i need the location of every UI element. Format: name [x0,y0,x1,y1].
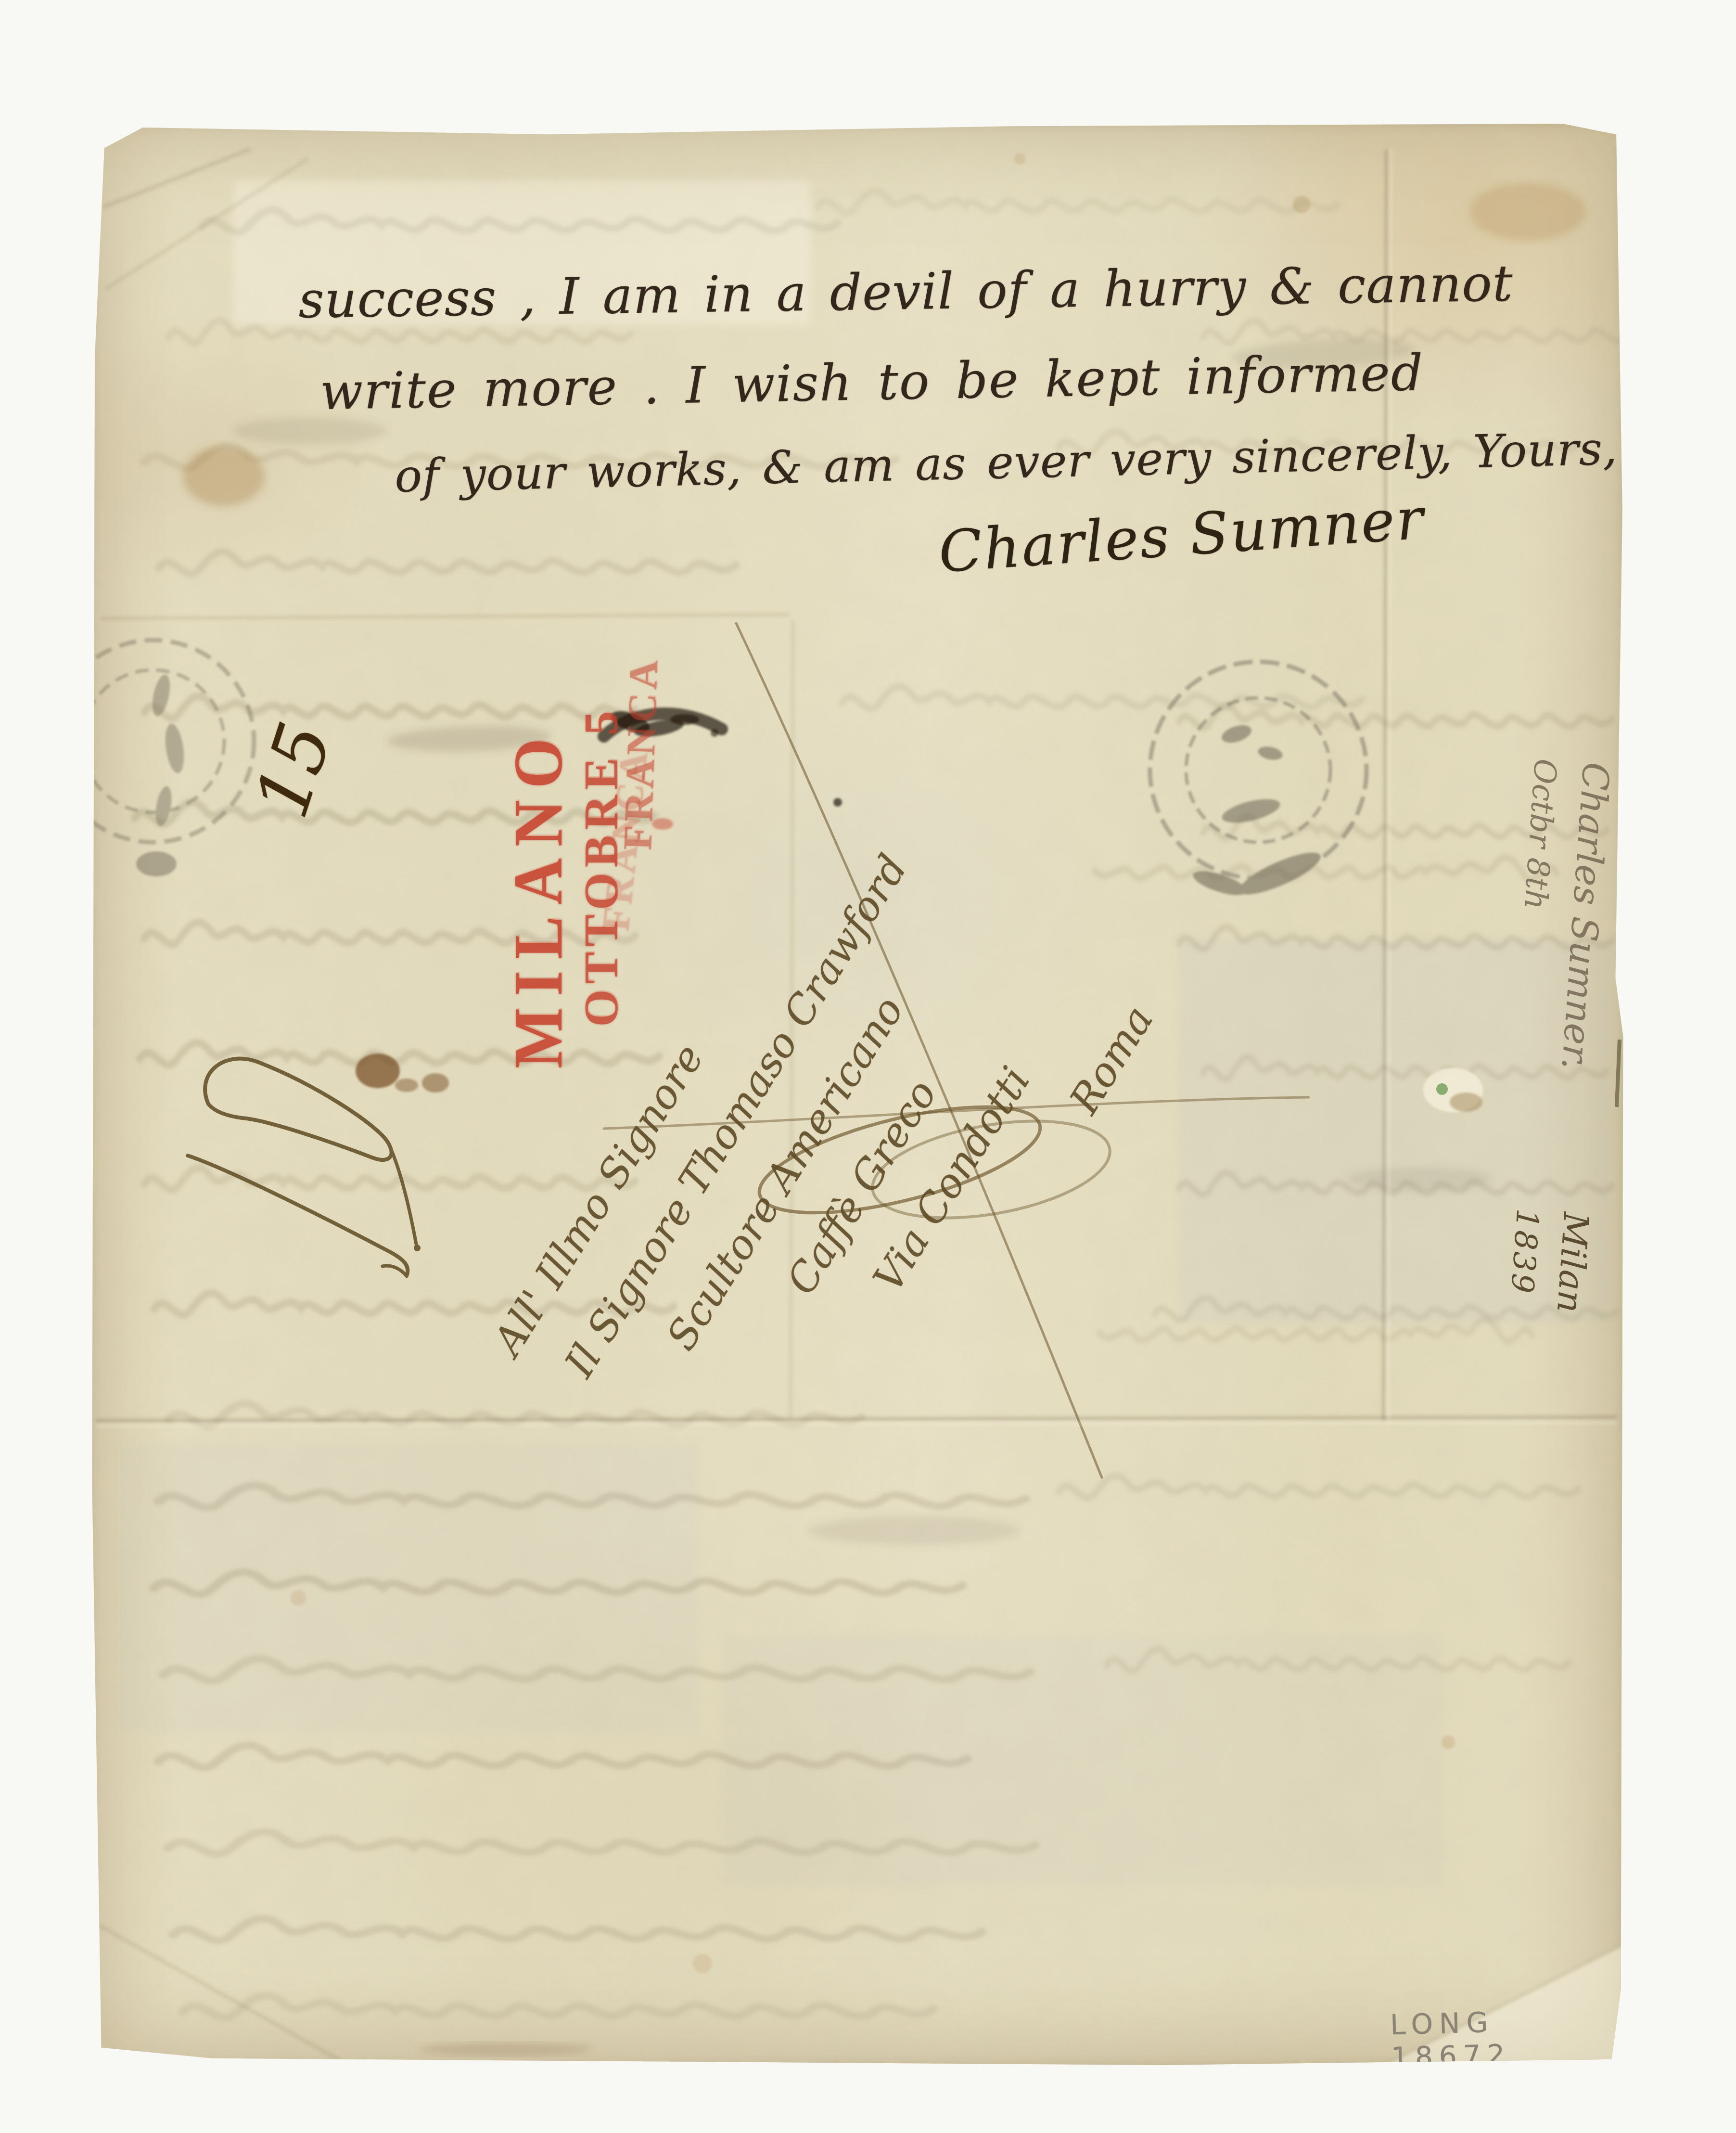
milano-stamp-city-line: MILANO [498,727,578,1068]
docket-place: Milan [1544,1210,1602,1314]
signature-charles-sumner: Charles Sumner [936,485,1427,585]
left-circular-postmark [89,640,254,876]
scanner-background: success , I am in a devil of a hurry & c… [0,0,1736,2133]
letter-text-line-2: write more . I wish to be kept informed [319,343,1424,421]
letter-text-line-3: of your works, & am as ever very sincere… [394,423,1618,503]
docket-year: 1839 [1497,1208,1551,1311]
catalog-number: LONG 18672 [1390,2003,1624,2074]
docket-annotation-name-date: Charles Sumner. Octbr 8th [1500,757,1623,1072]
letter-paper: success , I am in a devil of a hurry & c… [89,123,1624,2067]
postal-rate-mark: 15 [239,713,348,828]
pen-flourish [188,1059,421,1276]
letter-text-line-1: success , I am in a devil of a hurry & c… [298,254,1513,329]
docket-annotation-place-year: Milan 1839 [1497,1208,1602,1315]
